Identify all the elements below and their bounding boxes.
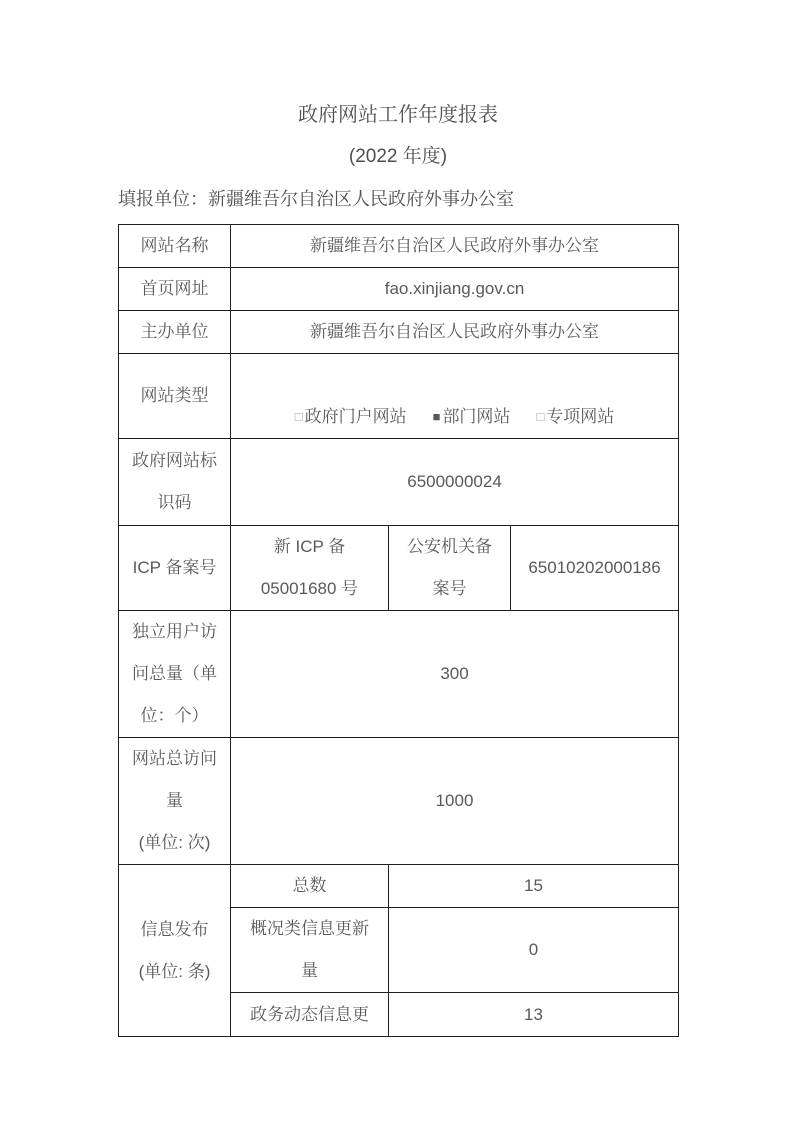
- table-row: 主办单位 新疆维吾尔自治区人民政府外事办公室: [119, 311, 679, 354]
- homepage-url-value: fao.xinjiang.gov.cn: [231, 268, 679, 311]
- police-record-label: 公安机关备 案号: [389, 526, 511, 611]
- info-overview-value: 0: [389, 908, 679, 993]
- table-row: 网站类型 □政府门户网站■部门网站□专项网站: [119, 354, 679, 439]
- report-table: 网站名称 新疆维吾尔自治区人民政府外事办公室 首页网址 fao.xinjiang…: [118, 224, 679, 1037]
- site-name-label: 网站名称: [119, 225, 231, 268]
- homepage-url-label: 首页网址: [119, 268, 231, 311]
- reporting-unit-value: 新疆维吾尔自治区人民政府外事办公室: [208, 189, 514, 209]
- document-header: 政府网站工作年度报表 (2022 年度) 填报单位：新疆维吾尔自治区人民政府外事…: [0, 0, 793, 220]
- reporting-unit-line: 填报单位：新疆维吾尔自治区人民政府外事办公室: [118, 178, 678, 220]
- table-row: ICP 备案号 新 ICP 备 05001680 号 公安机关备 案号 6501…: [119, 526, 679, 611]
- option-label: 专项网站: [546, 407, 614, 426]
- organizer-label: 主办单位: [119, 311, 231, 354]
- icp-label: ICP 备案号: [119, 526, 231, 611]
- document-page: 政府网站工作年度报表 (2022 年度) 填报单位：新疆维吾尔自治区人民政府外事…: [0, 0, 793, 1122]
- unique-visitors-value: 300: [231, 611, 679, 738]
- table-row: 信息发布 (单位: 条) 总数 15: [119, 865, 679, 908]
- checkbox-checked-icon: ■: [433, 409, 441, 424]
- option-government-portal: □政府门户网站: [295, 396, 407, 438]
- total-visits-label: 网站总访问 量 (单位: 次): [119, 738, 231, 865]
- site-id-label: 政府网站标 识码: [119, 439, 231, 526]
- site-name-value: 新疆维吾尔自治区人民政府外事办公室: [231, 225, 679, 268]
- unique-visitors-label: 独立用户访 问总量（单 位：个）: [119, 611, 231, 738]
- info-overview-label: 概况类信息更新 量: [231, 908, 389, 993]
- site-type-options: □政府门户网站■部门网站□专项网站: [231, 354, 679, 439]
- page-title: 政府网站工作年度报表: [118, 94, 678, 136]
- police-record-number: 65010202000186: [511, 526, 679, 611]
- info-total-value: 15: [389, 865, 679, 908]
- checkbox-unchecked-icon: □: [536, 409, 544, 424]
- option-label: 部门网站: [442, 407, 510, 426]
- site-id-value: 6500000024: [231, 439, 679, 526]
- icp-number: 新 ICP 备 05001680 号: [231, 526, 389, 611]
- checkbox-unchecked-icon: □: [295, 409, 303, 424]
- info-publish-label: 信息发布 (单位: 条): [119, 865, 231, 1037]
- table-row: 网站总访问 量 (单位: 次) 1000: [119, 738, 679, 865]
- info-total-label: 总数: [231, 865, 389, 908]
- total-visits-value: 1000: [231, 738, 679, 865]
- option-label: 政府门户网站: [305, 407, 407, 426]
- organizer-value: 新疆维吾尔自治区人民政府外事办公室: [231, 311, 679, 354]
- table-row: 独立用户访 问总量（单 位：个） 300: [119, 611, 679, 738]
- table-row: 首页网址 fao.xinjiang.gov.cn: [119, 268, 679, 311]
- info-news-value: 13: [389, 993, 679, 1037]
- option-department-site: ■部门网站: [433, 396, 511, 438]
- reporting-unit-label: 填报单位：: [118, 189, 208, 209]
- option-special-site: □专项网站: [536, 396, 614, 438]
- page-subtitle: (2022 年度): [118, 136, 678, 178]
- table-row: 政府网站标 识码 6500000024: [119, 439, 679, 526]
- info-news-label: 政务动态信息更: [231, 993, 389, 1037]
- site-type-label: 网站类型: [119, 354, 231, 439]
- table-row: 网站名称 新疆维吾尔自治区人民政府外事办公室: [119, 225, 679, 268]
